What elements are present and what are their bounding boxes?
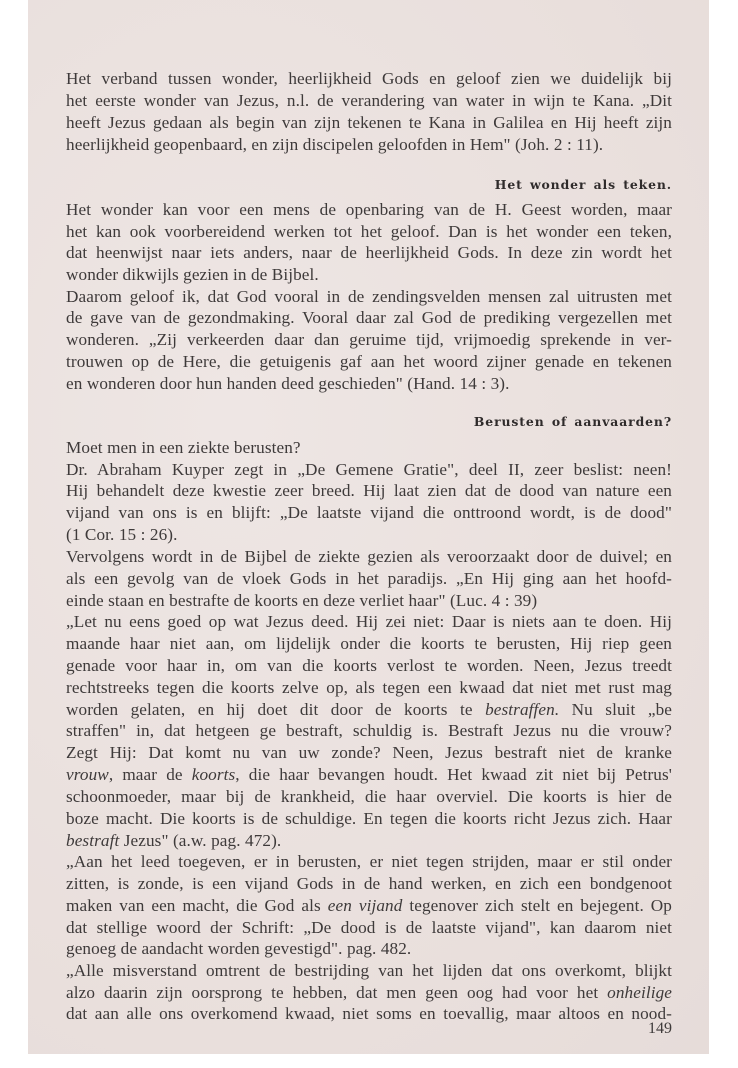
emphasis: bestraft xyxy=(66,831,119,850)
text-line: Dr. Abraham Kuyper zegt in „De Gemene Gr… xyxy=(66,459,672,481)
text-line: vijand van ons is en blijft: „De laatste… xyxy=(66,502,672,524)
text-segment: Nu sluit „be xyxy=(559,700,672,719)
page-number: 149 xyxy=(648,1020,672,1038)
text-segment: worden gelaten, en hij doet dit door de … xyxy=(66,700,485,719)
text-line: Vervolgens wordt in de Bijbel de ziekte … xyxy=(66,546,672,568)
text-line: Het verband tussen wonder, heerlijkheid … xyxy=(66,68,672,90)
text-line: Het wonder kan voor een mens de openbari… xyxy=(66,199,672,221)
text-line: „Let nu eens goed op wat Jezus deed. Hij… xyxy=(66,611,672,633)
text-line: boze macht. Die koorts is de schuldige. … xyxy=(66,808,672,830)
text-line: het kan ook voorbereidend werken tot het… xyxy=(66,221,672,243)
text-line: bestraft Jezus" (a.w. pag. 472). xyxy=(66,830,672,852)
text-line: „Alle misverstand omtrent de bestrijding… xyxy=(66,960,672,982)
text-line: alzo daarin zijn oorsprong te hebben, da… xyxy=(66,982,672,1004)
section-heading: Het wonder als teken. xyxy=(495,176,672,194)
text-segment: , die haar bevangen houdt. Het kwaad zit… xyxy=(235,765,672,784)
text-line: Daarom geloof ik, dat God vooral in de z… xyxy=(66,286,672,308)
emphasis: bestraffen. xyxy=(485,700,559,719)
section-heading: Berusten of aanvaarden? xyxy=(474,413,672,431)
emphasis: vrouw xyxy=(66,765,109,784)
text-line: rechtstreeks tegen die koorts zelve op, … xyxy=(66,677,672,699)
text-line: dat stellige woord der Schrift: „De dood… xyxy=(66,917,672,939)
emphasis: koorts xyxy=(192,765,236,784)
text-segment: Jezus" (a.w. pag. 472). xyxy=(119,831,281,850)
text-line: als een gevolg van de vloek Gods in het … xyxy=(66,568,672,590)
text-line: heeft Jezus gedaan als begin van zijn te… xyxy=(66,112,672,134)
text-line: maande haar niet aan, om lijdelijk onder… xyxy=(66,633,672,655)
text-line: wonderen. „Zij verkeerden daar dan gerui… xyxy=(66,329,672,351)
text-segment: , maar de xyxy=(109,765,192,784)
text-line: einde staan en bestrafte de koorts en de… xyxy=(66,590,672,612)
text-line: dat heenwijst naar iets anders, naar de … xyxy=(66,242,672,264)
text-line: vrouw, maar de koorts, die haar bevangen… xyxy=(66,764,672,786)
text-line: genoeg de aandacht worden gevestigd". pa… xyxy=(66,938,672,960)
text-line: (1 Cor. 15 : 26). xyxy=(66,524,672,546)
text-line: worden gelaten, en hij doet dit door de … xyxy=(66,699,672,721)
text-line: het eerste wonder van Jezus, n.l. de ver… xyxy=(66,90,672,112)
emphasis: onheilige xyxy=(607,983,672,1002)
text-line: Hij behandelt deze kwestie zeer breed. H… xyxy=(66,480,672,502)
text-line: Moet men in een ziekte berusten? xyxy=(66,437,672,459)
text-line: straffen" in, dat hetgeen ge bestraft, s… xyxy=(66,720,672,742)
text-line: en wonderen door hun handen deed geschie… xyxy=(66,373,672,395)
text-segment: maken van een macht, die God als xyxy=(66,896,328,915)
text-segment: alzo daarin zijn oorsprong te hebben, da… xyxy=(66,983,607,1002)
text-line: zitten, is zonde, is een vijand Gods in … xyxy=(66,873,672,895)
text-line: genade voor haar in, om van die koorts v… xyxy=(66,655,672,677)
text-line: trouwen op de Here, die getuigenis gaf a… xyxy=(66,351,672,373)
text-line: wonder dikwijls gezien in de Bijbel. xyxy=(66,264,672,286)
emphasis: een vijand xyxy=(328,896,403,915)
text-line: Zegt Hij: Dat komt nu van uw zonde? Neen… xyxy=(66,742,672,764)
text-line: maken van een macht, die God als een vij… xyxy=(66,895,672,917)
text-line: dat aan alle ons overkomend kwaad, niet … xyxy=(66,1003,672,1025)
text-line: de gave van de gezondmaking. Vooral daar… xyxy=(66,307,672,329)
text-line: „Aan het leed toegeven, er in berusten, … xyxy=(66,851,672,873)
text-segment: tegenover zich stelt en bejegent. Op xyxy=(402,896,672,915)
text-line: schoonmoeder, maar bij de krankheid, die… xyxy=(66,786,672,808)
text-line: heerlijkheid geopenbaard, en zijn discip… xyxy=(66,134,672,156)
